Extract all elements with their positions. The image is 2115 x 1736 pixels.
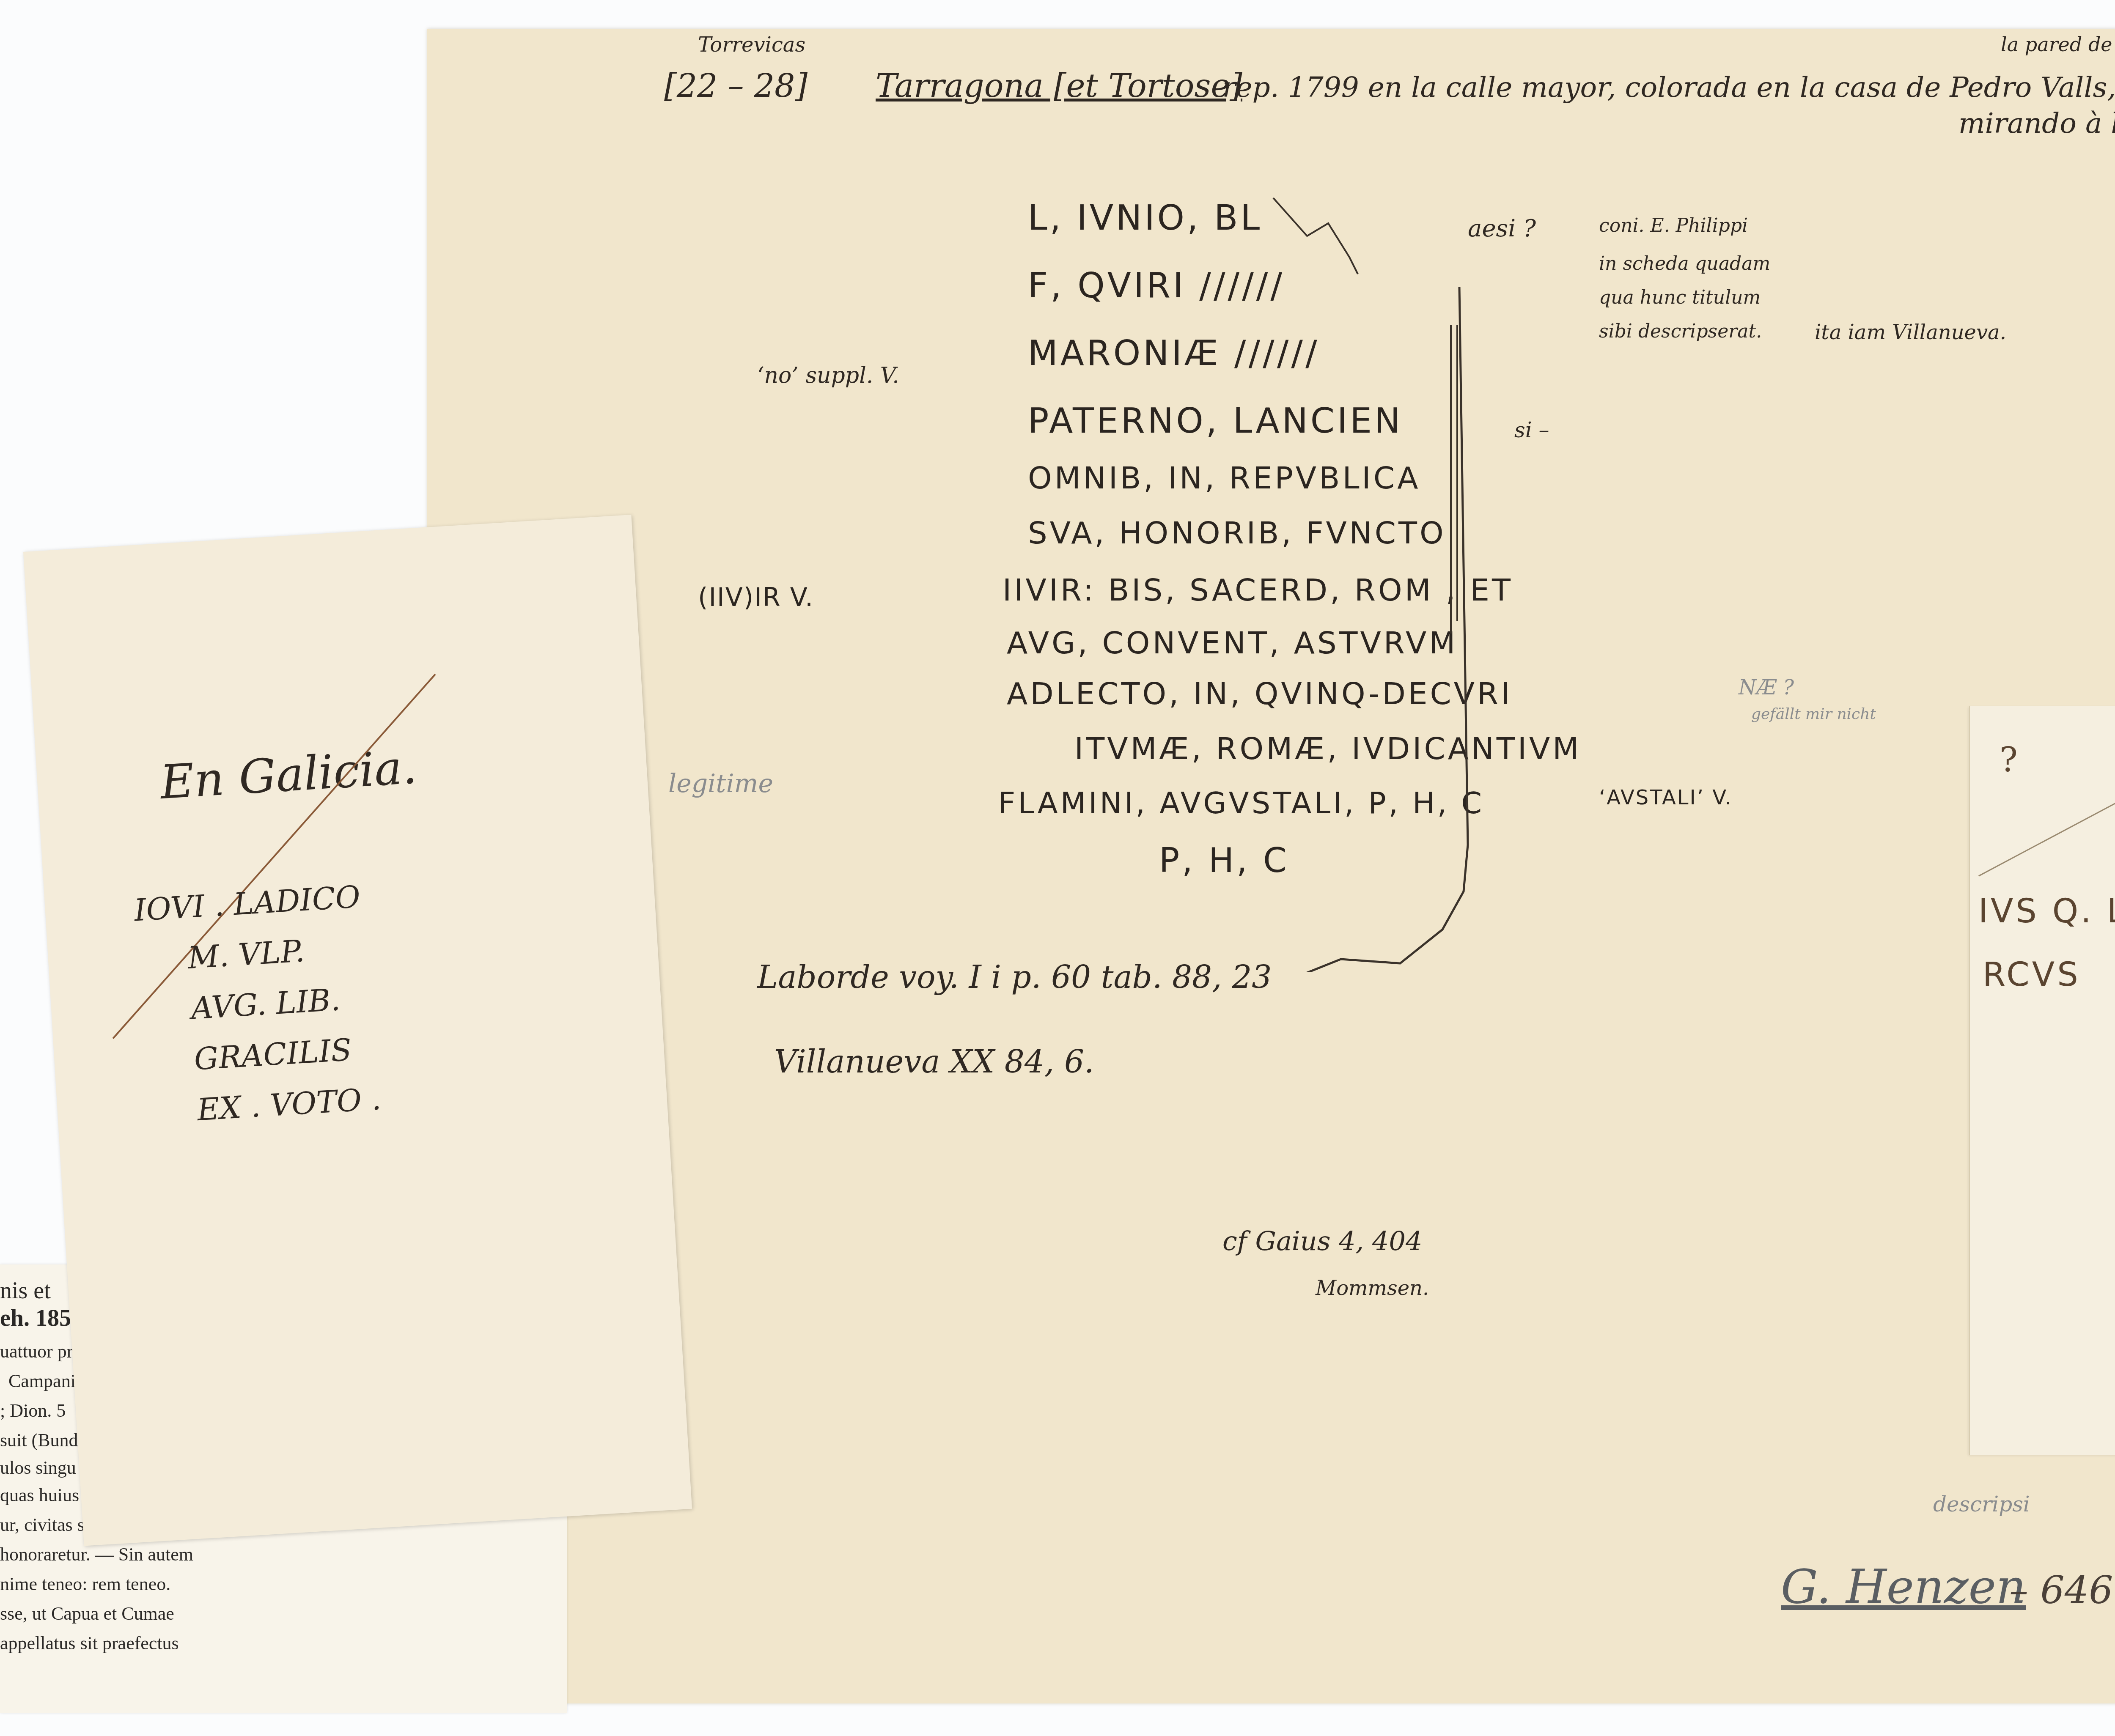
note-aesi: aesi ? [1468, 215, 1536, 242]
slip-line: AVG. LIB. [190, 982, 341, 1026]
print-line: nis et [0, 1277, 51, 1304]
bracket-range: [22 – 28] [664, 67, 808, 104]
pencil-note-nae: NÆ ? [1739, 676, 1794, 699]
print-line: ulos singu [0, 1457, 76, 1478]
print-line: nime teneo: rem teneo. [0, 1573, 170, 1595]
reference-villanueva: Villanueva XX 84, 6. [774, 1044, 1094, 1080]
range-annotation: Torrevicas [698, 33, 805, 57]
catalogue-number: – 6467 [2009, 1568, 2115, 1613]
note-no-suppl: ‘no’ suppl. V. [757, 363, 899, 388]
note-si: si – [1514, 418, 1549, 442]
cf-mommsen: Mommsen. [1316, 1276, 1429, 1300]
slip-heading: En Galicia. [159, 740, 418, 809]
print-line: Campania [8, 1370, 84, 1392]
print-line: appellatus sit praefectus [0, 1632, 179, 1654]
philippi-line: qua hunc titulum [1599, 287, 1761, 308]
cf-gaius: cf Gaius 4, 404 [1222, 1226, 1422, 1256]
slip-line: IOVI . LADICO [133, 879, 362, 928]
print-line: suit (Bund [0, 1429, 78, 1451]
left-galicia-slip: En Galicia. IOVI . LADICO M. VLP. AVG. L… [23, 515, 692, 1546]
print-line: quas huius [0, 1484, 79, 1506]
question-mark: ? [2000, 740, 2018, 779]
note-villanueva: ita iam Villanueva. [1815, 321, 2006, 344]
right-pasted-slip: ? IVS Q. L. RCVS [1969, 706, 2115, 1455]
note-iivir: (IIV)IR V. [698, 583, 814, 612]
slip-line: IVS Q. L. [1978, 892, 2115, 930]
philippi-line: coni. E. Philippi [1599, 215, 1748, 236]
note-austali: ‘AVSTALI’ V. [1599, 786, 1733, 809]
print-line: sse, ut Capua et Cumae [0, 1603, 174, 1624]
philippi-line: sibi descripserat. [1599, 321, 1762, 342]
slip-line: GRACILIS [193, 1032, 352, 1077]
philippi-line: in scheda quadam [1599, 253, 1770, 274]
location-note: rep. 1799 en la calle mayor, colorada en… [1222, 71, 2115, 104]
print-line: ; Dion. 5 [0, 1400, 66, 1421]
slip-line: M. VLP. [187, 933, 306, 976]
print-line: uattuor pr [0, 1341, 73, 1362]
fragment-outline [977, 147, 1569, 972]
strike-line [113, 674, 436, 1039]
pencil-note-legitime: legitime [668, 769, 773, 798]
strike-line [1978, 764, 2115, 877]
location-note-line2: mirando à la calle de Riudecols. [1958, 107, 2115, 140]
place-name: Tarragona [et Tortose] [876, 67, 1242, 104]
pencil-descripsi: descripsi [1933, 1492, 2030, 1517]
print-line: honoraretur. — Sin autem [0, 1544, 193, 1565]
reference-laborde: Laborde voy. I i p. 60 tab. 88, 23 [757, 959, 1272, 996]
pencil-note-gefallt: gefällt mir nicht [1751, 705, 1876, 723]
slip-line: EX . VOTO . [196, 1081, 382, 1127]
slip-line: RCVS [1983, 956, 2081, 994]
signature-henzen: G. Henzen [1781, 1560, 2026, 1614]
location-insert: la pared de [2001, 33, 2112, 56]
